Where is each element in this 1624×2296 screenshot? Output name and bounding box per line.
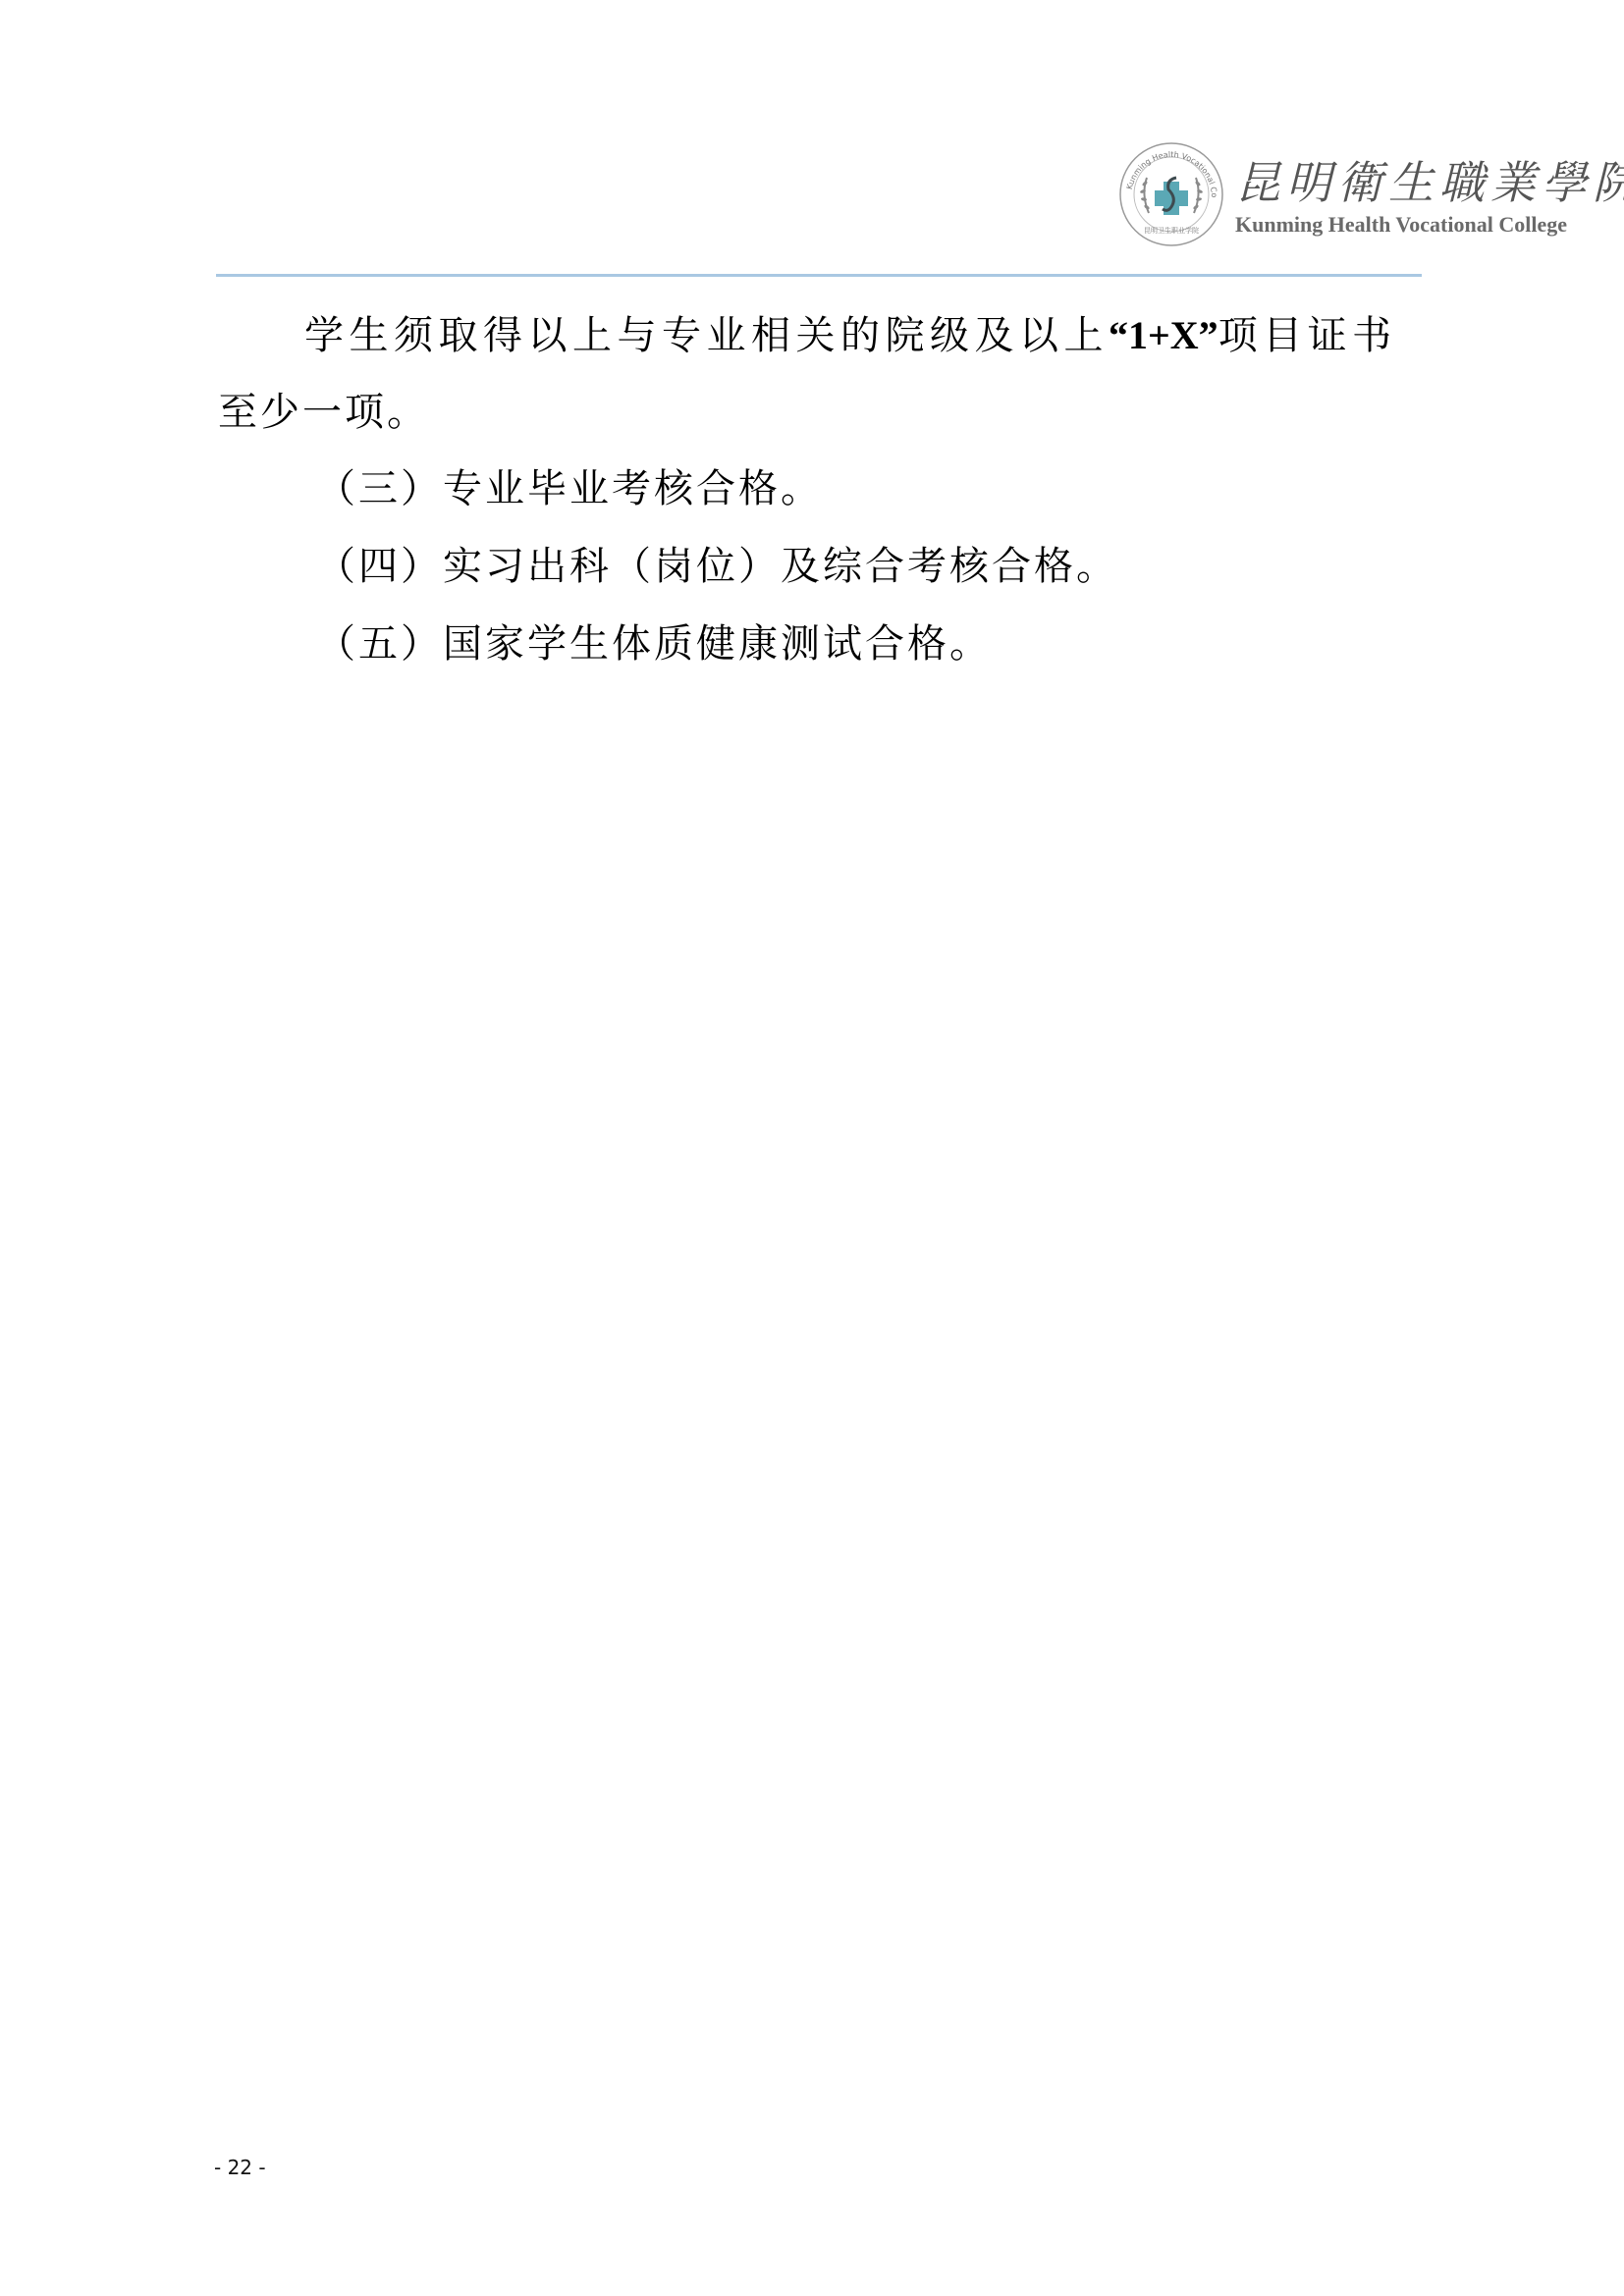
one-plus-x-label: “1+X” <box>1109 313 1218 357</box>
paragraph-text: 学生须取得以上与专业相关的院级及以上 <box>304 313 1109 358</box>
paragraph-text: 项目证书 <box>1218 313 1397 358</box>
header-divider <box>216 274 1422 277</box>
paragraph-certificate-requirement: 学生须取得以上与专业相关的院级及以上“1+X”项目证书 <box>304 316 1397 355</box>
list-item-graduation-assessment: （三）专业毕业考核合格。 <box>316 469 823 508</box>
college-name-english: Kunming Health Vocational College <box>1235 212 1567 238</box>
list-item-internship-assessment: （四）实习出科（岗位）及综合考核合格。 <box>316 547 1118 586</box>
page-number: - 22 - <box>214 2156 266 2179</box>
svg-text:昆明卫生职业学院: 昆明卫生职业学院 <box>1144 226 1199 235</box>
college-name-chinese: 昆明衛生職業學院 <box>1235 147 1624 212</box>
college-emblem-icon: Kunming Health Vocational College <box>1117 140 1225 248</box>
list-item-physical-fitness-test: （五）国家学生体质健康测试合格。 <box>316 624 992 664</box>
paragraph-continuation: 至少一项。 <box>218 393 429 432</box>
document-page: Kunming Health Vocational College <box>0 0 1624 2296</box>
